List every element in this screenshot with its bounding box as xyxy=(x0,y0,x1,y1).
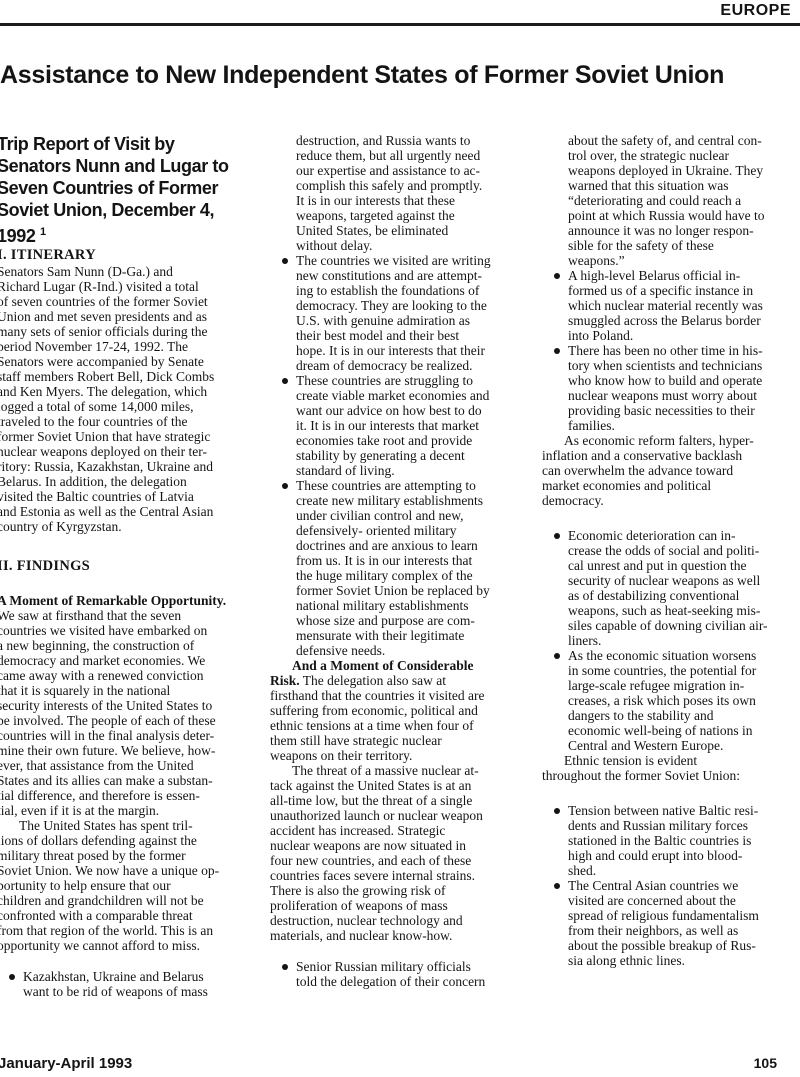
bullet-item: The Central Asian countries we visited a… xyxy=(542,878,798,968)
paragraph: As economic reform falters, hyper- infla… xyxy=(542,433,798,508)
paragraph: A Moment of Remarkable Opportunity. We s… xyxy=(0,593,253,818)
section-heading-findings: II. FINDINGS xyxy=(0,558,253,575)
report-subtitle: Trip Report of Visit by Senators Nunn an… xyxy=(0,133,253,247)
section-heading-itinerary: I. ITINERARY xyxy=(0,247,253,264)
paragraph: Senators Sam Nunn (D-Ga.) and Richard Lu… xyxy=(0,264,253,534)
run-in-heading: A Moment of Remarkable Opportunity. xyxy=(0,593,226,608)
bullet-item: Kazakhstan, Ukraine and Belarus want to … xyxy=(0,969,253,999)
bullet-item: The countries we visited are writing new… xyxy=(270,253,532,373)
footer-issue-date: January-April 1993 xyxy=(0,1055,132,1072)
middle-column: destruction, and Russia wants to reduce … xyxy=(270,130,532,989)
bullet-item: Economic deterioration can in- crease th… xyxy=(542,528,798,648)
bullet-item: As the economic situation worsens in som… xyxy=(542,648,798,753)
bullet-item-continuation: destruction, and Russia wants to reduce … xyxy=(270,133,532,253)
journal-page: EUROPE Assistance to New Independent Sta… xyxy=(0,0,800,1077)
left-column: Trip Report of Visit by Senators Nunn an… xyxy=(0,130,253,999)
paragraph: The United States has spent tril- lions … xyxy=(0,818,253,953)
header-rule xyxy=(0,23,800,26)
bullet-item: There has been no other time in his- tor… xyxy=(542,343,798,433)
bullet-item-continuation: about the safety of, and central con- tr… xyxy=(542,133,798,268)
footnote-reference: 1 xyxy=(40,226,46,238)
bullet-item: These countries are struggling to create… xyxy=(270,373,532,478)
section-label: EUROPE xyxy=(720,2,791,20)
footer-page-number: 105 xyxy=(754,1055,777,1071)
right-column: about the safety of, and central con- tr… xyxy=(542,130,798,968)
bullet-item: These countries are attempting to create… xyxy=(270,478,532,658)
paragraph: And a Moment of Considerable Risk. The d… xyxy=(270,658,532,763)
report-subtitle-text: Trip Report of Visit by Senators Nunn an… xyxy=(0,134,229,246)
article-title: Assistance to New Independent States of … xyxy=(0,61,724,90)
paragraph-text: We saw at firsthand that the seven count… xyxy=(0,608,216,818)
bullet-item: Tension between native Baltic resi- dent… xyxy=(542,803,798,878)
bullet-item: A high-level Belarus official in- formed… xyxy=(542,268,798,343)
paragraph: Ethnic tension is evident throughout the… xyxy=(542,753,798,783)
paragraph-text: The delegation also saw at firsthand tha… xyxy=(270,673,484,763)
bullet-item: Senior Russian military officials told t… xyxy=(270,959,532,989)
paragraph: The threat of a massive nuclear at- tack… xyxy=(270,763,532,943)
